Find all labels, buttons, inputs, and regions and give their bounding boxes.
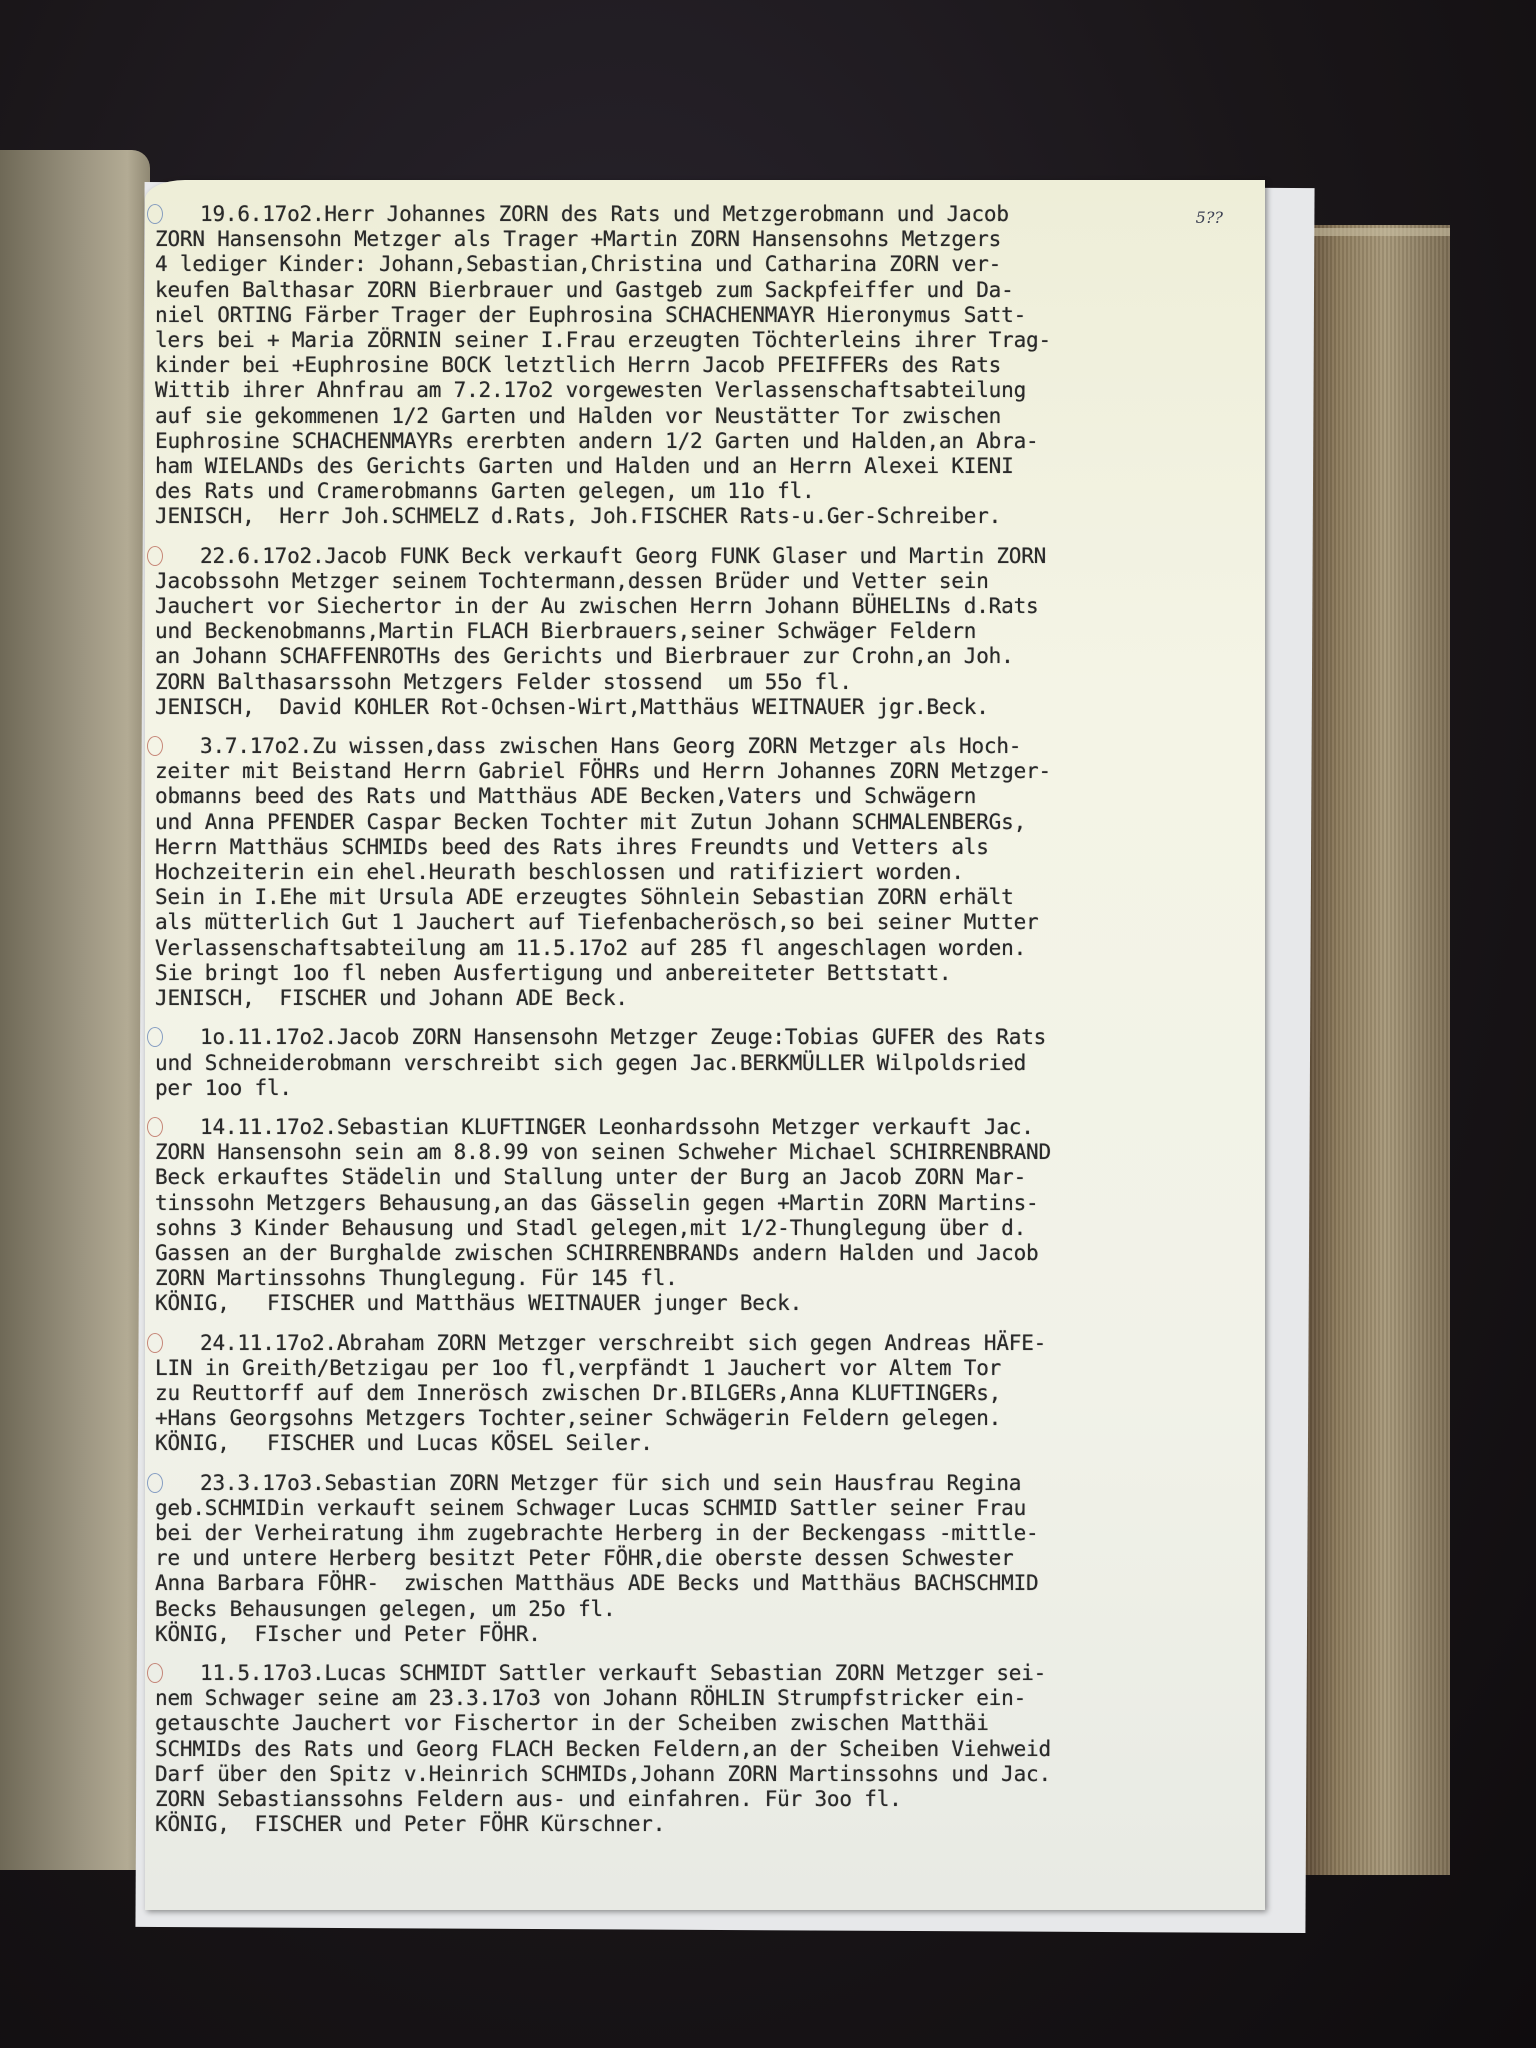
text-line: Anna Barbara FÖHR- zwischen Matthäus ADE… [155,1571,1260,1596]
document-entry: 3.7.17o2.Zu wissen,dass zwischen Hans Ge… [155,734,1260,1011]
text-line: ham WIELANDs des Gerichts Garten und Hal… [155,454,1260,479]
text-line: Wittib ihrer Ahnfrau am 7.2.17o2 vorgewe… [155,378,1260,403]
text-line: Euphrosine SCHACHENMAYRs ererbten andern… [155,429,1260,454]
text-line: +Hans Georgsohns Metzgers Tochter,seiner… [155,1406,1260,1431]
document-entry: 23.3.17o3.Sebastian ZORN Metzger für sic… [155,1471,1260,1647]
document-entry: 19.6.17o2.Herr Johannes ZORN des Rats un… [155,202,1260,530]
document-entry: 14.11.17o2.Sebastian KLUFTINGER Leonhard… [155,1115,1260,1317]
text-line: Jauchert vor Siechertor in der Au zwisch… [155,594,1260,619]
text-line: Herrn Matthäus SCHMIDs beed des Rats ihr… [155,835,1260,860]
text-line: Jacobssohn Metzger seinem Tochtermann,de… [155,569,1260,594]
text-line: per 1oo fl. [155,1076,1260,1101]
text-line: JENISCH, Herr Joh.SCHMELZ d.Rats, Joh.FI… [155,504,1260,529]
text-line: KÖNIG, FIscher und Peter FÖHR. [155,1622,1260,1647]
text-line: als mütterlich Gut 1 Jauchert auf Tiefen… [155,910,1260,935]
text-line: zu Reuttorff auf dem Innerösch zwischen … [155,1381,1260,1406]
text-line: bei der Verheiratung ihm zugebrachte Her… [155,1521,1260,1546]
text-line: niel ORTING Färber Trager der Euphrosina… [155,303,1260,328]
text-line: 19.6.17o2.Herr Johannes ZORN des Rats un… [155,202,1260,227]
text-line: ZORN Sebastianssohns Feldern aus- und ei… [155,1787,1260,1812]
margin-annotation-icon [147,1333,163,1353]
text-line: und Beckenobmanns,Martin FLACH Bierbraue… [155,619,1260,644]
text-line: LIN in Greith/Betzigau per 1oo fl,verpfä… [155,1356,1260,1381]
text-line: Hochzeiterin ein ehel.Heurath beschlosse… [155,860,1260,885]
text-line: 23.3.17o3.Sebastian ZORN Metzger für sic… [155,1471,1260,1496]
text-line: ZORN Hansensohn Metzger als Trager +Mart… [155,227,1260,252]
left-book-page [0,150,150,1870]
document-entry: 1o.11.17o2.Jacob ZORN Hansensohn Metzger… [155,1025,1260,1101]
document-entries: 19.6.17o2.Herr Johannes ZORN des Rats un… [155,202,1260,1851]
text-line: lers bei + Maria ZÖRNIN seiner I.Frau er… [155,328,1260,353]
text-line: obmanns beed des Rats und Matthäus ADE B… [155,784,1260,809]
margin-annotation-icon [147,1663,163,1683]
text-line: 1o.11.17o2.Jacob ZORN Hansensohn Metzger… [155,1025,1260,1050]
text-line: an Johann SCHAFFENROTHs des Gerichts und… [155,644,1260,669]
margin-annotation-icon [147,736,163,756]
text-line: ZORN Balthasarssohn Metzgers Felder stos… [155,670,1260,695]
text-line: SCHMIDs des Rats und Georg FLACH Becken … [155,1737,1260,1762]
text-line: Darf über den Spitz v.Heinrich SCHMIDs,J… [155,1762,1260,1787]
text-line: JENISCH, David KOHLER Rot-Ochsen-Wirt,Ma… [155,695,1260,720]
text-line: des Rats und Cramerobmanns Garten gelege… [155,479,1260,504]
margin-annotation-icon [147,204,163,224]
text-line: KÖNIG, FISCHER und Lucas KÖSEL Seiler. [155,1431,1260,1456]
margin-annotation-icon [147,546,163,566]
margin-annotation-icon [147,1117,163,1137]
text-line: ZORN Martinssohns Thunglegung. Für 145 f… [155,1266,1260,1291]
text-line: Sie bringt 1oo fl neben Ausfertigung und… [155,961,1260,986]
text-line: und Schneiderobmann verschreibt sich geg… [155,1051,1260,1076]
text-line: 11.5.17o3.Lucas SCHMIDT Sattler verkauft… [155,1661,1260,1686]
text-line: sohns 3 Kinder Behausung und Stadl geleg… [155,1216,1260,1241]
text-line: 24.11.17o2.Abraham ZORN Metzger verschre… [155,1331,1260,1356]
text-line: 3.7.17o2.Zu wissen,dass zwischen Hans Ge… [155,734,1260,759]
text-line: Gassen an der Burghalde zwischen SCHIRRE… [155,1241,1260,1266]
text-line: und Anna PFENDER Caspar Becken Tochter m… [155,810,1260,835]
text-line: Becks Behausungen gelegen, um 25o fl. [155,1597,1260,1622]
text-line: JENISCH, FISCHER und Johann ADE Beck. [155,986,1260,1011]
text-line: tinssohn Metzgers Behausung,an das Gässe… [155,1191,1260,1216]
margin-annotation-icon [147,1473,163,1493]
book-page-edges [1290,225,1450,1875]
text-line: Sein in I.Ehe mit Ursula ADE erzeugtes S… [155,885,1260,910]
text-line: zeiter mit Beistand Herrn Gabriel FÖHRs … [155,759,1260,784]
text-line: 14.11.17o2.Sebastian KLUFTINGER Leonhard… [155,1115,1260,1140]
document-entry: 24.11.17o2.Abraham ZORN Metzger verschre… [155,1331,1260,1457]
text-line: nem Schwager seine am 23.3.17o3 von Joha… [155,1686,1260,1711]
document-entry: 22.6.17o2.Jacob FUNK Beck verkauft Georg… [155,544,1260,720]
text-line: 4 lediger Kinder: Johann,Sebastian,Chris… [155,252,1260,277]
text-line: getauschte Jauchert vor Fischertor in de… [155,1711,1260,1736]
text-line: auf sie gekommenen 1/2 Garten und Halden… [155,404,1260,429]
text-line: ZORN Hansensohn sein am 8.8.99 von seine… [155,1140,1260,1165]
text-line: Beck erkauftes Städelin und Stallung unt… [155,1165,1260,1190]
text-line: geb.SCHMIDin verkauft seinem Schwager Lu… [155,1496,1260,1521]
text-line: KÖNIG, FISCHER und Peter FÖHR Kürschner. [155,1812,1260,1837]
text-line: re und untere Herberg besitzt Peter FÖHR… [155,1546,1260,1571]
text-line: 22.6.17o2.Jacob FUNK Beck verkauft Georg… [155,544,1260,569]
text-line: KÖNIG, FISCHER und Matthäus WEITNAUER ju… [155,1291,1260,1316]
document-entry: 11.5.17o3.Lucas SCHMIDT Sattler verkauft… [155,1661,1260,1837]
text-line: kinder bei +Euphrosine BOCK letztlich He… [155,353,1260,378]
text-line: Verlassenschaftsabteilung am 11.5.17o2 a… [155,936,1260,961]
typed-document-sheet: 5?? 19.6.17o2.Herr Johannes ZORN des Rat… [145,180,1265,1910]
text-line: keufen Balthasar ZORN Bierbrauer und Gas… [155,278,1260,303]
